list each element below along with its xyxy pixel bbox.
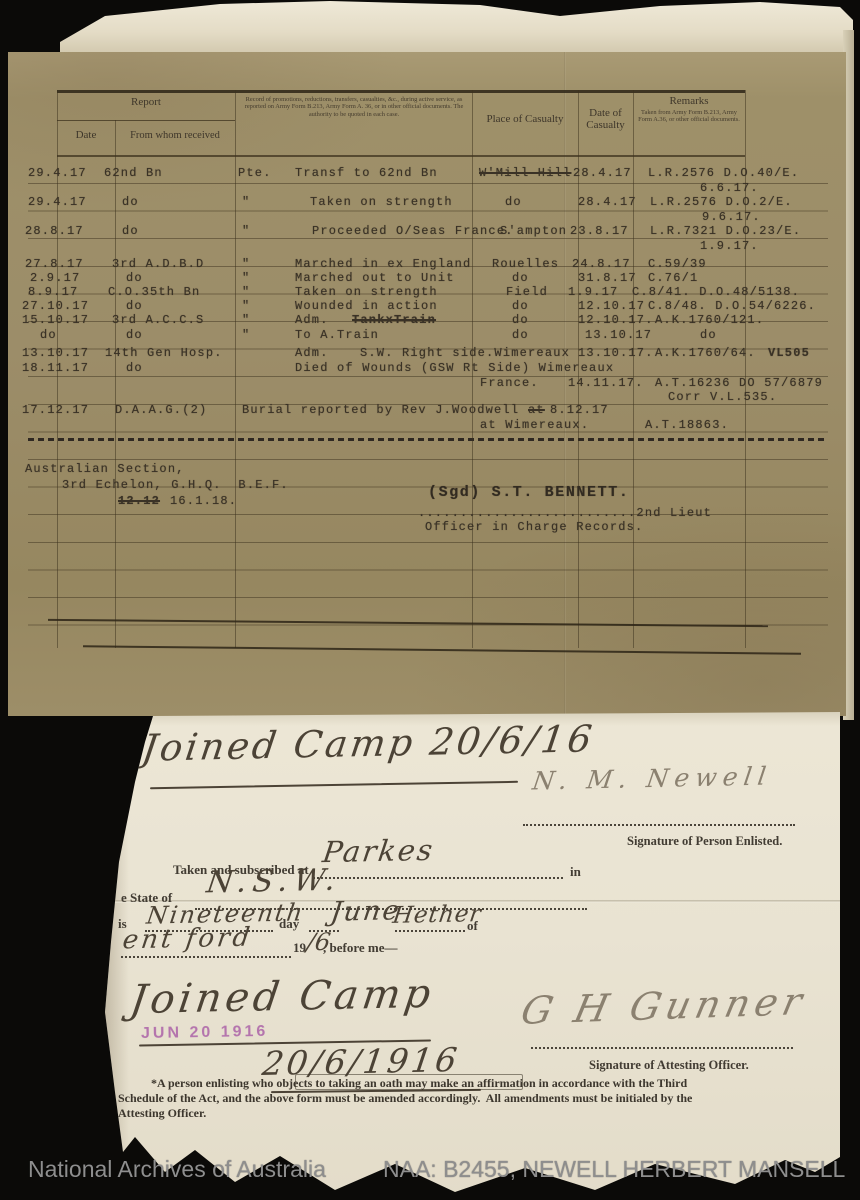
typed-run: C.8/48. D.O.54/6226. xyxy=(648,300,816,313)
typed-run: A.T.16236 DO 57/6879 xyxy=(655,377,823,390)
typed-run: " xyxy=(242,196,250,209)
month-dotline-b xyxy=(395,930,465,932)
typed-run: 27.8.17 xyxy=(25,258,84,271)
typed-run: at Wimereaux. xyxy=(480,419,589,432)
typed-run: 13.10.17 xyxy=(585,329,652,342)
typed-run: A.K.1760/121. xyxy=(655,314,764,327)
typed-run: A.K.1760/64. xyxy=(655,347,756,360)
archive-name-caption: National Archives of Australia xyxy=(28,1156,326,1183)
typed-run: 12.10.17. xyxy=(578,314,654,327)
typed-run: do xyxy=(122,196,139,209)
typed-run: C.59/39 xyxy=(648,258,707,271)
typed-run: " xyxy=(242,258,250,271)
typed-run: 9.6.17. xyxy=(702,211,761,224)
typed-run: do xyxy=(126,300,143,313)
archive-item-caption: NAA: B2455, NEWELL HERBERT MANSELL xyxy=(383,1156,845,1183)
footnote-ink-box xyxy=(295,1074,523,1090)
signature-enlisted-label: Signature of Person Enlisted. xyxy=(627,834,782,849)
typed-run: 28.4.17 xyxy=(573,167,632,180)
taken-dotline xyxy=(313,877,563,879)
typed-run: " xyxy=(242,225,250,238)
typed-run: Died of Wounds (GSW Rt Side) Wimereaux xyxy=(295,362,614,375)
typed-run: Field xyxy=(506,286,548,299)
typed-run: L.R.2576 D.O.40/E. xyxy=(648,167,799,180)
typed-run: Officer in Charge Records. xyxy=(425,521,643,534)
typed-run: Pte. xyxy=(238,167,272,180)
typed-run: 28.4.17 xyxy=(578,196,637,209)
typed-run: Taken on strength xyxy=(310,196,453,209)
typed-run: do xyxy=(122,225,139,238)
typed-run: 18.11.17 xyxy=(22,362,89,375)
typed-run: 23.8.17 xyxy=(570,225,629,238)
day-label: day xyxy=(279,916,299,932)
typed-run: 8.12.17 xyxy=(550,404,609,417)
typed-run: 31.8.17 xyxy=(578,272,637,285)
typed-run: C.76/1 xyxy=(648,272,698,285)
typed-run: do xyxy=(40,329,57,342)
signature-attesting-label: Signature of Attesting Officer. xyxy=(589,1058,749,1073)
paper-top-edge xyxy=(60,0,853,58)
signature-attesting-officer: G H Gunner xyxy=(517,979,811,1033)
typed-run: do xyxy=(512,272,529,285)
typed-run: S.W. Right side.Wimereaux xyxy=(360,347,570,360)
typed-run: " xyxy=(242,286,250,299)
typed-run: 14th Gen Hosp. xyxy=(105,347,223,360)
typed-run: Adm. xyxy=(295,314,329,327)
typed-run: Australian Section, xyxy=(25,463,185,476)
typed-run: 17.12.17 xyxy=(22,404,89,417)
typed-run: " xyxy=(242,272,250,285)
typed-run: VL505 xyxy=(768,347,810,360)
typed-run: " xyxy=(242,329,250,342)
typed-run: C.O.35th Bn xyxy=(108,286,200,299)
typed-run: do xyxy=(126,362,143,375)
joined-camp-entry-2: Joined Camp xyxy=(127,971,437,1023)
year-label: 19 xyxy=(293,940,306,956)
typed-run: To A.Train xyxy=(295,329,379,342)
typed-run: 15.10.17 xyxy=(22,314,89,327)
typed-run: Burial reported by Rev J.Woodwell xyxy=(242,404,519,417)
typed-run: Marched out to Unit xyxy=(295,272,455,285)
residence-entry: ent ford xyxy=(121,923,255,956)
typed-run: 13.10.17. xyxy=(578,347,654,360)
typed-run: W'Mill Hill xyxy=(479,167,571,180)
typed-run: France. xyxy=(480,377,539,390)
typed-run: A.T.18863. xyxy=(645,419,729,432)
typed-run: Wounded in action xyxy=(295,300,438,313)
typed-run: Marched in ex England xyxy=(295,258,471,271)
typed-run: 3rd A.D.B.D xyxy=(112,258,204,271)
date-received-stamp: JUN 20 1916 xyxy=(141,1023,269,1043)
casualty-form: Report Date From whom received Record of… xyxy=(8,52,846,716)
typed-run: 3rd A.C.C.S xyxy=(112,314,204,327)
footnote-line-3: Attesting Officer. xyxy=(118,1106,206,1121)
typed-run: 27.10.17 xyxy=(22,300,89,313)
typed-run: 6.6.17. xyxy=(700,182,759,195)
typed-run: 12.12 xyxy=(118,495,160,508)
typed-run: do xyxy=(512,329,529,342)
joined-camp-underline-1 xyxy=(150,781,518,789)
attestation-paper: Joined Camp 20/6/16 N. M. Newell Signatu… xyxy=(95,712,840,1200)
typed-run: 1.9.17 xyxy=(568,286,618,299)
typed-run: 29.4.17 xyxy=(28,167,87,180)
footnote-line-2: Schedule of the Act, and the above form … xyxy=(118,1091,692,1106)
typed-run: Rouelles xyxy=(492,258,559,271)
typed-run: 2.9.17 xyxy=(30,272,80,285)
typed-run: " xyxy=(242,300,250,313)
typed-run: 1.9.17. xyxy=(700,240,759,253)
typed-run: 8.9.17 xyxy=(28,286,78,299)
of-label: of xyxy=(467,918,478,934)
typed-run: Proceeded O/Seas France. xyxy=(312,225,514,238)
typed-run: " xyxy=(242,314,250,327)
typed-run: 28.8.17 xyxy=(25,225,84,238)
typed-run: do xyxy=(700,329,717,342)
typed-run: 3rd Echelon, G.H.Q. B.E.F. xyxy=(62,479,289,492)
in-label: in xyxy=(570,864,581,880)
typed-run: Corr V.L.535. xyxy=(668,391,777,404)
joined-camp-entry-1: Joined Camp 20/6/16 xyxy=(139,717,597,769)
typed-run: ..........................2nd Lieut xyxy=(418,507,712,520)
typed-run: 13.10.17 xyxy=(22,347,89,360)
typed-run: L.R.7321 D.O.23/E. xyxy=(650,225,801,238)
typed-run: 24.8.17 xyxy=(572,258,631,271)
typed-run: do xyxy=(505,196,522,209)
typed-run: at xyxy=(528,404,545,417)
year-dotline xyxy=(121,956,291,958)
typed-run: 29.4.17 xyxy=(28,196,87,209)
before-me-label: , before me— xyxy=(323,940,397,956)
typed-run: Transf to 62nd Bn xyxy=(295,167,438,180)
typed-run: L.R.2576 D.O.2/E. xyxy=(650,196,793,209)
typed-run: TankxTrain xyxy=(352,314,436,327)
signature-person-enlisted: N. M. Newell xyxy=(531,762,774,796)
typed-run: D.A.A.G.(2) xyxy=(115,404,207,417)
typed-run: 14.11.17. xyxy=(568,377,644,390)
state-entry: N.S.W. xyxy=(204,863,343,901)
typed-run: 12.10.17 xyxy=(578,300,645,313)
signature-enlisted-dotline xyxy=(523,824,795,826)
typed-run: do xyxy=(126,272,143,285)
typed-run: C.8/41. D.O.48/5138. xyxy=(632,286,800,299)
typed-run: 16.1.18. xyxy=(170,495,237,508)
typed-run: do xyxy=(126,329,143,342)
typed-run: (Sgd) S.T. BENNETT. xyxy=(428,486,629,499)
typed-run: Taken on strength xyxy=(295,286,438,299)
typed-run: 62nd Bn xyxy=(104,167,163,180)
typed-run: Adm. xyxy=(295,347,329,360)
typed-run: S'ampton xyxy=(500,225,567,238)
document-scan: { "footer": { "left": "National Archives… xyxy=(0,0,860,1200)
signature-attesting-dotline xyxy=(531,1047,793,1049)
typed-layer: 29.4.1762nd BnPte.Transf to 62nd BnW'Mil… xyxy=(8,52,846,716)
typed-run: do xyxy=(512,300,529,313)
typed-run: do xyxy=(512,314,529,327)
